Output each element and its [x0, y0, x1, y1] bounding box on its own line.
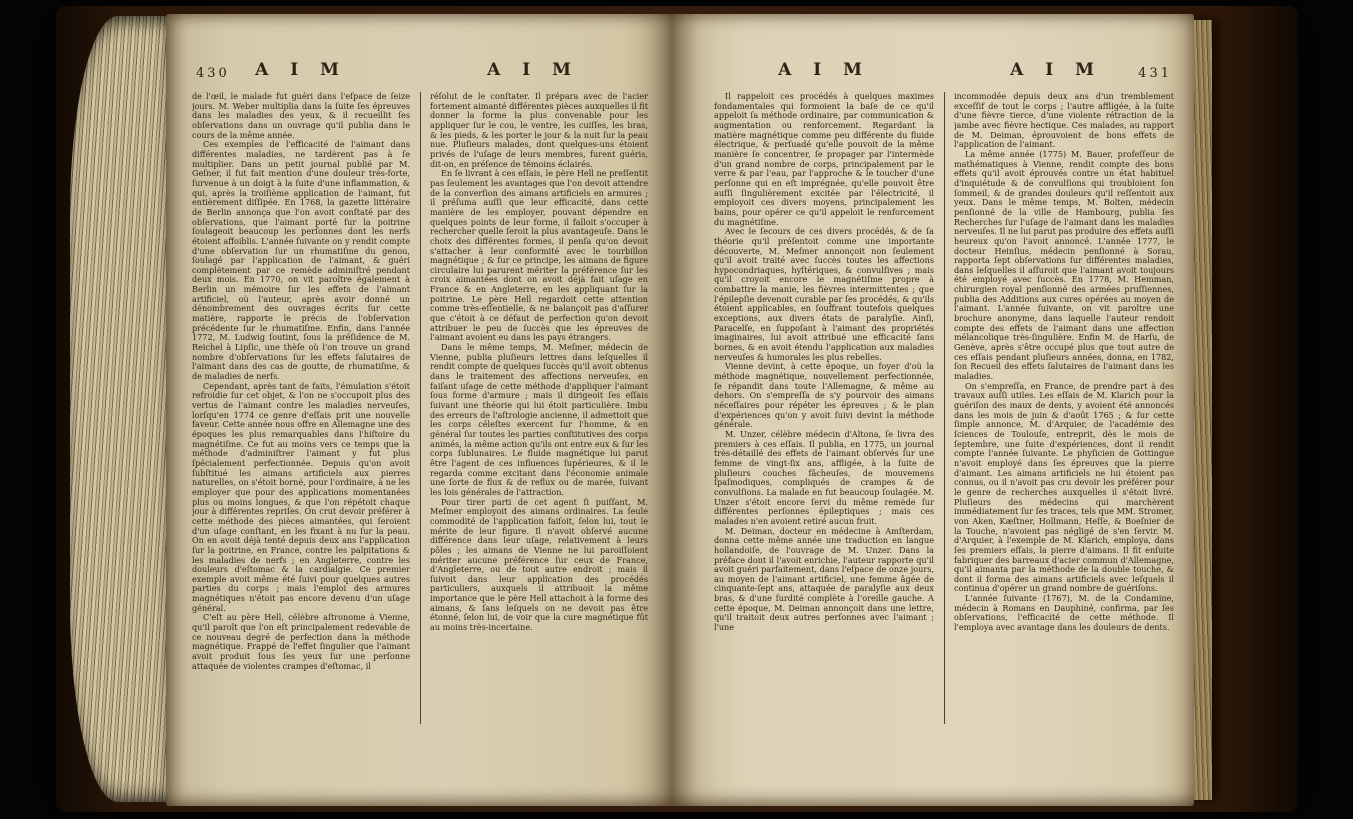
paragraph: de l'œil, le malade fut guéri dans l'eſp…	[192, 92, 410, 140]
left-page-column-1: de l'œil, le malade fut guéri dans l'eſp…	[192, 92, 410, 732]
running-head-left-col2: A I M	[424, 60, 642, 80]
paragraph: Pour tirer parti de cet agent ſi puiſſan…	[430, 498, 648, 633]
right-page-column-1: Il rappeloit ces procédés à quelques max…	[714, 92, 934, 732]
column-divider	[944, 92, 945, 724]
right-page: A I M A I M 431 Il rappeloit ces procédé…	[672, 14, 1194, 806]
right-page-columns: Il rappeloit ces procédés à quelques max…	[714, 92, 1174, 732]
paragraph: En ſe livrant à ces eſſais, le père Hell…	[430, 169, 648, 343]
running-head-left-col1: A I M	[192, 60, 410, 80]
paragraph: M. Unzer, célèbre médecin d'Altona, ſe l…	[714, 430, 934, 527]
left-page: 430 A I M A I M de l'œil, le malade fut …	[166, 14, 672, 806]
right-page-column-2: incommodée depuis deux ans d'un tremblem…	[954, 92, 1174, 732]
running-head-right-col1: A I M	[714, 60, 934, 80]
paragraph: La même année (1775) M. Bauer, profeſſeu…	[954, 150, 1174, 382]
paragraph: C'eſt au père Hell, célèbre aſtronome à …	[192, 613, 410, 671]
left-page-columns: de l'œil, le malade fut guéri dans l'eſp…	[192, 92, 648, 732]
left-running-head: 430 A I M A I M	[166, 60, 672, 86]
paragraph: Cependant, après tant de faits, l'émulat…	[192, 382, 410, 614]
left-page-column-2: réſolut de le conſtater. Il prépara avec…	[430, 92, 648, 732]
running-head-right-col2: A I M	[946, 60, 1166, 80]
paragraph: Avec le ſecours de ces divers procédés, …	[714, 227, 934, 362]
page-edges-left	[70, 16, 166, 802]
paragraph: M. Deiman, docteur en médecine à Amſterd…	[714, 527, 934, 633]
paragraph: Vienne devint, à cette époque, un foyer …	[714, 362, 934, 430]
paragraph: réſolut de le conſtater. Il prépara avec…	[430, 92, 648, 169]
column-divider	[420, 92, 421, 724]
paragraph: L'année ſuivante (1767), M. de la Condam…	[954, 594, 1174, 633]
book-scan-scene: 430 A I M A I M de l'œil, le malade fut …	[0, 0, 1353, 819]
page-number-right: 431	[1138, 66, 1172, 81]
paragraph: Dans le même temps, M. Meſmer, médecin d…	[430, 343, 648, 498]
paragraph: incommodée depuis deux ans d'un tremblem…	[954, 92, 1174, 150]
paragraph: Ces exemples de l'efficacité de l'aimant…	[192, 140, 410, 381]
paragraph: On s'empreſſa, en France, de prendre par…	[954, 382, 1174, 594]
right-running-head: A I M A I M 431	[672, 60, 1194, 86]
book-cover: 430 A I M A I M de l'œil, le malade fut …	[56, 6, 1298, 812]
paragraph: Il rappeloit ces procédés à quelques max…	[714, 92, 934, 227]
